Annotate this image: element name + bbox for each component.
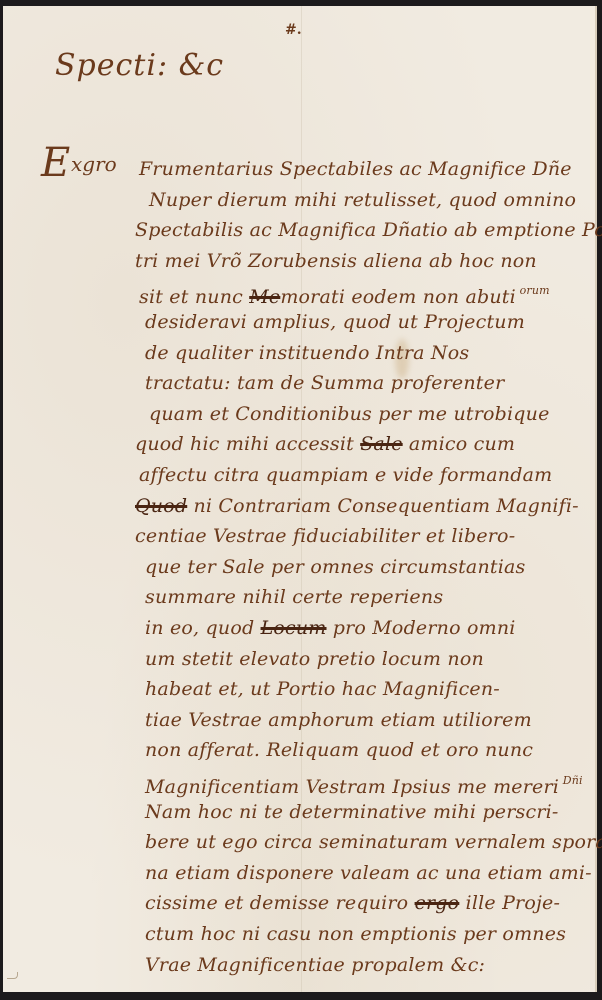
manuscript-line: quam et Conditionibus per me utrobique (149, 397, 550, 431)
manuscript-line: bere ut ego circa seminaturam vernalem s… (145, 825, 602, 859)
scan-frame: #. Specti: &c E xgro Frumentarius Specta… (0, 0, 602, 1000)
manuscript-line: desideravi amplius, quod ut Projectum (145, 305, 525, 339)
manuscript-line: Magnificentiam Vestram Ipsius me mereri … (145, 764, 583, 798)
manuscript-line: centiae Vestrae fiduciabiliter et libero… (135, 519, 515, 553)
manuscript-line: Vrae Magnificentiae propalem &c: (145, 948, 485, 982)
manuscript-line: quod hic mihi accessit Sale amico cum (135, 427, 515, 461)
manuscript-line: affectu citra quampiam e vide formandam (139, 458, 552, 492)
manuscript-line: que ter Sale per omnes circumstantias (145, 550, 525, 584)
struck-word: Sale (360, 433, 402, 455)
folio-mark: #. (285, 22, 302, 38)
opening-word: xgro (71, 152, 117, 176)
page-corner-mark (7, 972, 18, 979)
manuscript-line: habeat et, ut Portio hac Magnificen- (145, 672, 500, 706)
manuscript-line: tri mei Vrõ Zorubensis aliena ab hoc non (135, 244, 537, 278)
manuscript-line: sit et nunc Memorati eodem non abuti oru… (139, 274, 550, 308)
manuscript-line: Nam hoc ni te determinative mihi perscri… (145, 795, 559, 829)
manuscript-line: tiae Vestrae amphorum etiam utiliorem (145, 703, 532, 737)
manuscript-line: in eo, quod Locum pro Moderno omni (145, 611, 516, 645)
struck-word: ergo (415, 892, 460, 914)
heading: Specti: &c (55, 48, 224, 83)
decorated-initial: E (41, 140, 70, 186)
manuscript-line: Quod ni Contrariam Consequentiam Magnifi… (135, 489, 579, 523)
superscript-insertion: orum (516, 284, 550, 297)
manuscript-line: ctum hoc ni casu non emptionis per omnes (145, 917, 566, 951)
superscript-insertion: Dñi (559, 774, 583, 787)
struck-word: Locum (261, 617, 327, 639)
manuscript-line: de qualiter instituendo Intra Nos (145, 336, 469, 370)
manuscript-line: tractatu: tam de Summa proferenter (145, 366, 504, 400)
manuscript-page: #. Specti: &c E xgro Frumentarius Specta… (3, 6, 597, 992)
manuscript-line: um stetit elevato pretio locum non (145, 642, 484, 676)
manuscript-line: na etiam disponere valeam ac una etiam a… (145, 856, 592, 890)
manuscript-line: summare nihil certe reperiens (145, 580, 443, 614)
manuscript-line: Frumentarius Spectabiles ac Magnifice Dñ… (139, 152, 572, 186)
struck-word: Quod (135, 495, 187, 517)
manuscript-line: cissime et demisse requiro ergo ille Pro… (145, 886, 560, 920)
manuscript-line: non afferat. Reliquam quod et oro nunc (145, 733, 533, 767)
manuscript-line: Nuper dierum mihi retulisset, quod omnin… (149, 183, 576, 217)
manuscript-line: Spectabilis ac Magnifica Dñatio ab empti… (135, 213, 602, 247)
